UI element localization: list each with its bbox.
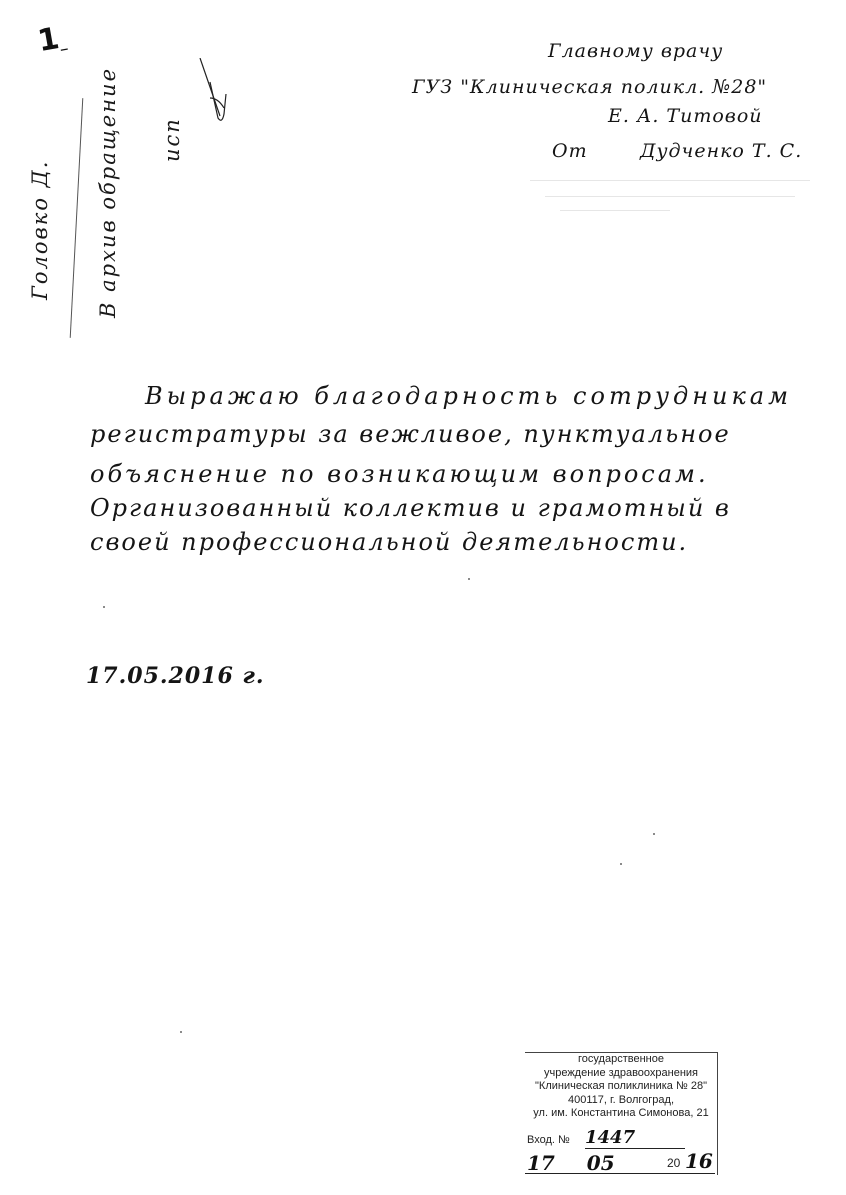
from-label: От	[552, 140, 588, 162]
scan-speck	[620, 863, 622, 865]
from-name: Дудченко Т. С.	[640, 140, 802, 162]
stamp-date-underline	[525, 1173, 715, 1174]
margin-note-3: исп	[160, 117, 184, 162]
registration-stamp: государственное учреждение здравоохранен…	[525, 1052, 718, 1175]
scan-speck	[653, 833, 655, 835]
body-line-2: регистратуры за вежливое, пунктуальное	[90, 420, 731, 448]
addressee-line-2: ГУЗ "Клиническая поликл. №28"	[412, 76, 767, 98]
scan-speck	[180, 1031, 182, 1033]
margin-note-1: Головко Д.	[28, 160, 52, 300]
body-line-4: Организованный коллектив и грамотный в	[90, 494, 731, 522]
scan-artifact	[530, 180, 810, 181]
body-line-3: объяснение по возникающим вопросам.	[90, 460, 709, 488]
stamp-year-suffix: 16	[685, 1149, 713, 1173]
stamp-line-1: государственное	[525, 1053, 717, 1067]
stamp-year-prefix: 20	[667, 1156, 680, 1170]
stamp-line-3: "Клиническая поликлиника № 28"	[525, 1080, 717, 1094]
stamp-line-5: ул. им. Константина Симонова, 21	[525, 1107, 717, 1121]
addressee-line-3: Е. А. Титовой	[608, 105, 763, 127]
margin-note-2: В архив обращение	[96, 67, 120, 318]
stamp-date-handwritten: 17 05	[527, 1151, 615, 1175]
margin-signature	[198, 58, 228, 128]
scan-speck	[468, 578, 470, 580]
stamp-reg-label: Вход. №	[527, 1134, 570, 1146]
body-line-5: своей профессиональной деятельности.	[90, 528, 688, 556]
letter-date: 17.05.2016 г.	[86, 663, 264, 689]
addressee-line-1: Главному врачу	[548, 40, 723, 62]
stamp-line-4: 400117, г. Волгоград,	[525, 1094, 717, 1108]
scan-artifact	[560, 210, 670, 211]
scan-speck	[103, 606, 105, 608]
margin-divider-line	[70, 98, 84, 338]
body-line-1: Выражаю благодарность сотрудникам	[145, 382, 792, 410]
stamp-line-2: учреждение здравоохранения	[525, 1067, 717, 1081]
scan-artifact	[545, 196, 795, 197]
stamp-reg-number: 1447	[585, 1127, 685, 1149]
corner-mark: 1_	[35, 20, 69, 59]
